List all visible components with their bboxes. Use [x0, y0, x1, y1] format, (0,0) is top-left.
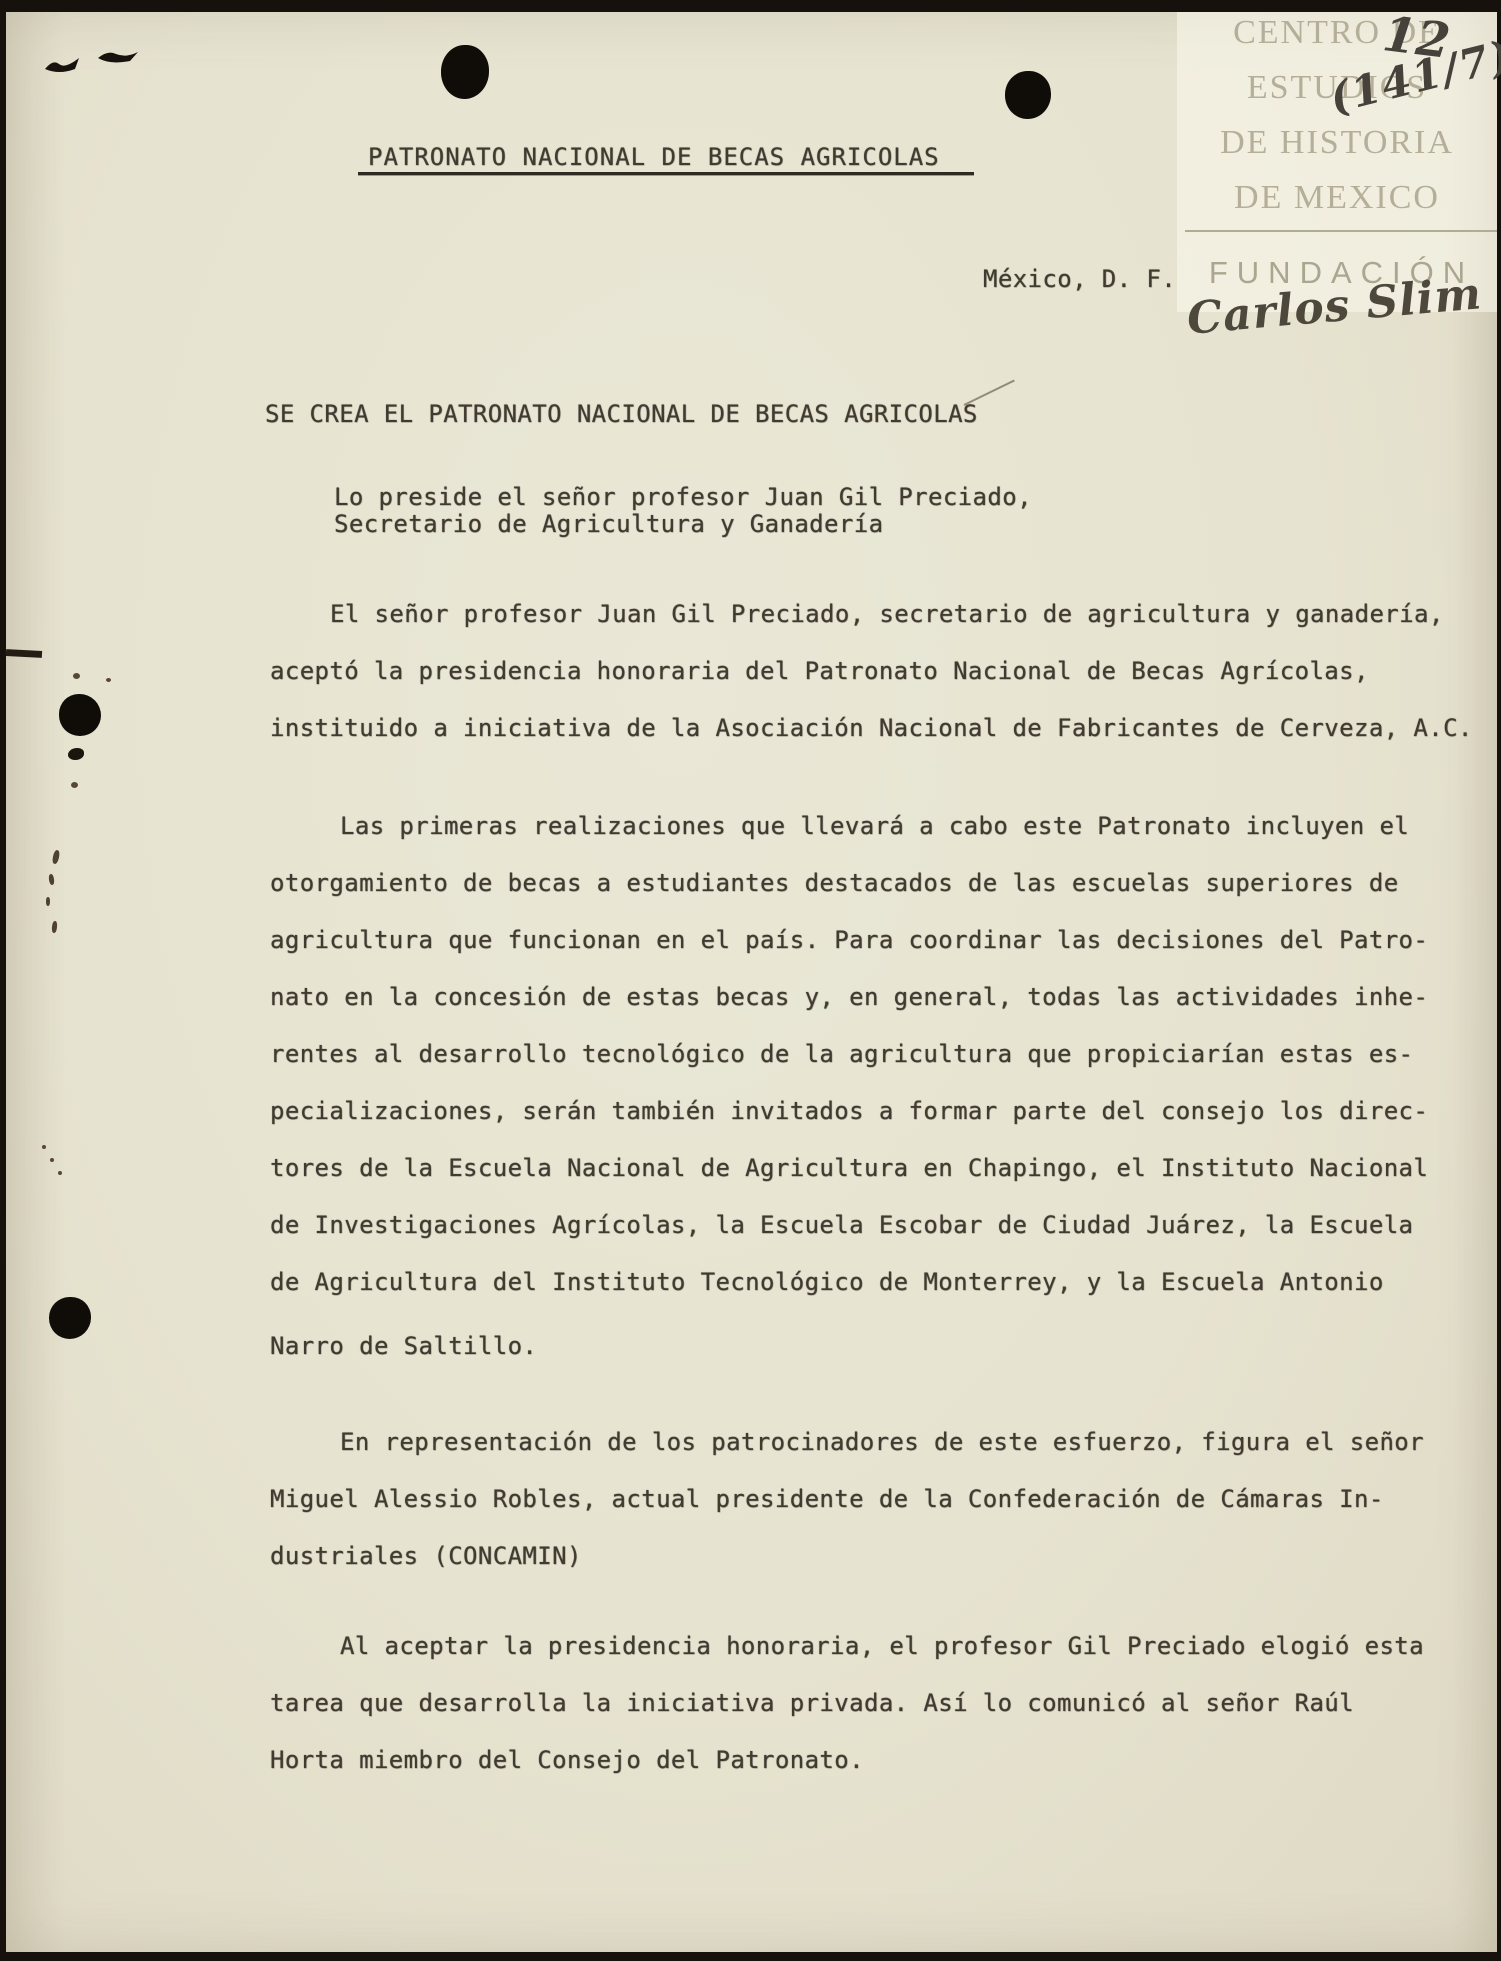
- tear-mark: [96, 48, 140, 68]
- pencil-mark: [48, 874, 54, 886]
- typewritten-line: Al aceptar la presidencia honoraria, el …: [340, 1632, 1424, 1660]
- stamp-line: DE MEXICO: [1177, 179, 1497, 217]
- speck: [58, 1171, 62, 1175]
- scanned-document: CENTRO DE ESTUDIOS DE HISTORIA DE MEXICO…: [0, 0, 1501, 1961]
- speck: [106, 678, 111, 682]
- subhead-line: Lo preside el señor profesor Juan Gil Pr…: [334, 483, 1032, 511]
- typewritten-line: tores de la Escuela Nacional de Agricult…: [270, 1154, 1428, 1182]
- speck: [71, 782, 78, 788]
- typewritten-line: En representación de los patrocinadores …: [340, 1428, 1424, 1456]
- typewritten-line: otorgamiento de becas a estudiantes dest…: [270, 869, 1399, 897]
- typewritten-line: tarea que desarrolla la iniciativa priva…: [270, 1689, 1354, 1717]
- typewritten-line: de Agricultura del Instituto Tecnológico…: [270, 1268, 1384, 1296]
- punch-hole-top-right: [1005, 71, 1051, 119]
- punch-hole-left-lower: [49, 1297, 91, 1339]
- subhead-line: Secretario de Agricultura y Ganadería: [334, 510, 883, 538]
- stamp-divider: [1185, 230, 1497, 232]
- typewritten-line: Las primeras realizaciones que llevará a…: [340, 812, 1409, 840]
- typewritten-line: de Investigaciones Agrícolas, la Escuela…: [270, 1211, 1413, 1239]
- punch-hole-tear: [68, 748, 84, 760]
- edge-dash-mark: [6, 649, 42, 658]
- typewritten-line: pecializaciones, serán también invitados…: [270, 1097, 1428, 1125]
- paper-sheet: CENTRO DE ESTUDIOS DE HISTORIA DE MEXICO…: [6, 12, 1497, 1952]
- punch-hole-top-left: [441, 45, 489, 99]
- tear-mark: [43, 55, 83, 75]
- typewritten-line: rentes al desarrollo tecnológico de la a…: [270, 1040, 1413, 1068]
- pencil-mark: [51, 921, 57, 933]
- speck: [50, 1158, 54, 1162]
- pencil-mark: [52, 850, 61, 865]
- title-underline: [358, 172, 974, 175]
- typewritten-line: Miguel Alessio Robles, actual presidente…: [270, 1485, 1384, 1513]
- typewritten-line: Narro de Saltillo.: [270, 1332, 537, 1360]
- dateline: México, D. F.: [983, 265, 1176, 293]
- punch-hole-left-upper: [59, 694, 101, 736]
- typewritten-line: dustriales (CONCAMIN): [270, 1542, 582, 1570]
- typewritten-line: Horta miembro del Consejo del Patronato.: [270, 1746, 864, 1774]
- pencil-mark: [46, 897, 50, 906]
- typewritten-line: nato en la concesión de estas becas y, e…: [270, 983, 1428, 1011]
- speck: [42, 1145, 46, 1149]
- headline: SE CREA EL PATRONATO NACIONAL DE BECAS A…: [265, 400, 978, 428]
- speck: [73, 673, 80, 679]
- typewritten-line: aceptó la presidencia honoraria del Patr…: [270, 657, 1369, 685]
- typewritten-line: El señor profesor Juan Gil Preciado, sec…: [330, 600, 1444, 628]
- page-title: PATRONATO NACIONAL DE BECAS AGRICOLAS: [368, 143, 940, 171]
- stamp-line: DE HISTORIA: [1177, 124, 1497, 162]
- typewritten-line: instituido a iniciativa de la Asociación…: [270, 714, 1473, 742]
- typewritten-line: agricultura que funcionan en el país. Pa…: [270, 926, 1428, 954]
